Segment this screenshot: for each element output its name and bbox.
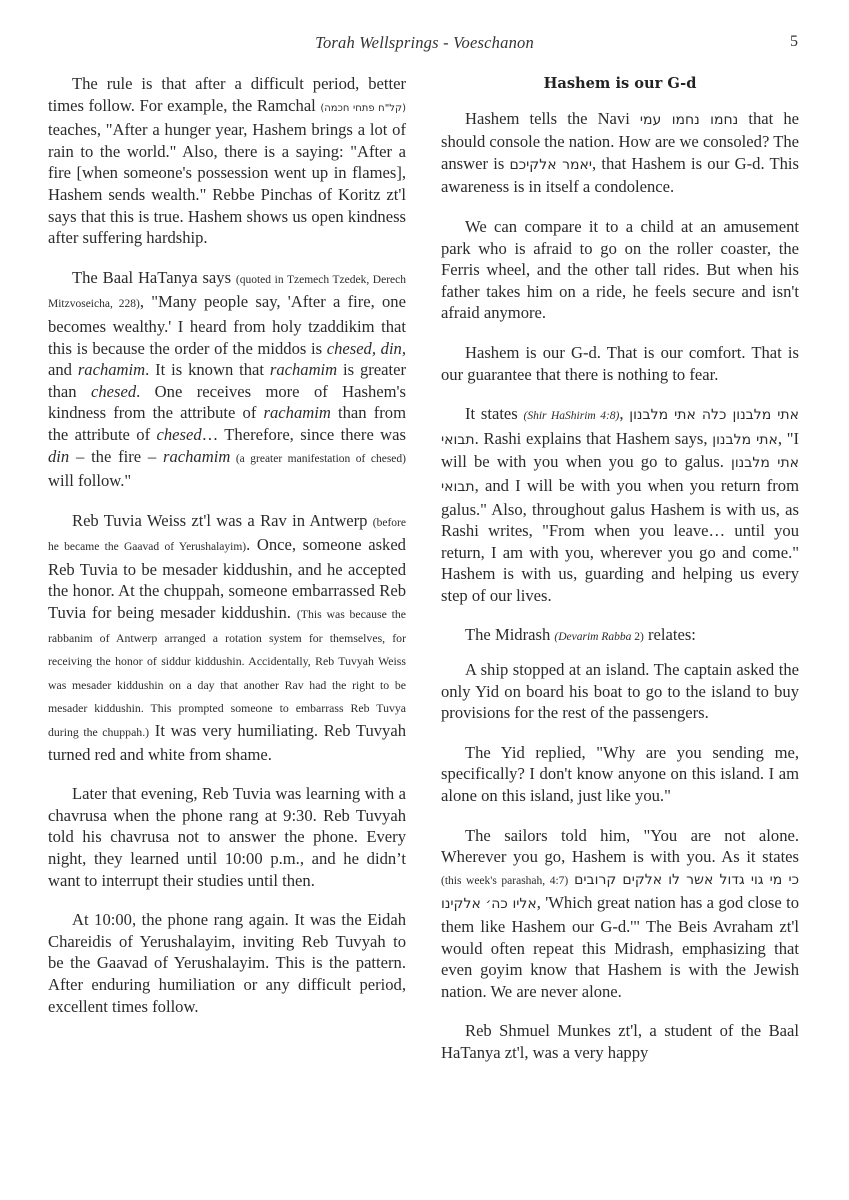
text: The sailors told him, "You are not alone… <box>441 826 799 867</box>
text: will follow." <box>48 471 131 490</box>
hebrew-quote: נחמו נחמו עמי <box>640 112 738 128</box>
paragraph-reb-tuvia-weiss: Reb Tuvia Weiss zt'l was a Rav in Antwer… <box>48 510 406 766</box>
text: and <box>48 360 78 379</box>
hebrew-quote: יאמר אלקיכם <box>509 157 592 173</box>
source-citation: (Devarim Rabba <box>554 631 631 643</box>
paragraph-baal-hatanya: The Baal HaTanya says (quoted in Tzemech… <box>48 267 406 492</box>
text: Reb Tuvia Weiss zt'l was a Rav in Antwer… <box>72 511 373 530</box>
text: . It is known that <box>145 360 270 379</box>
text: , <box>619 404 629 423</box>
paragraph-rule-after-difficulty: The rule is that after a difficult perio… <box>48 73 406 249</box>
source-citation: (this week's parashah, 4:7) <box>441 875 568 887</box>
parenthetical-note: (a greater manifestation of chesed) <box>230 453 406 465</box>
running-title: Torah Wellsprings - Voeschanon <box>0 33 849 53</box>
italic-term: din <box>48 447 69 466</box>
paragraph-ship-island: A ship stopped at an island. The captain… <box>441 659 799 724</box>
paragraph-midrash-intro: The Midrash (Devarim Rabba 2) relates: <box>441 624 799 649</box>
page-number: 5 <box>790 33 798 51</box>
text: , and I will be with you when you return… <box>441 476 799 605</box>
running-head: Torah Wellsprings - Voeschanon 5 <box>0 33 849 57</box>
source-citation: 2) <box>631 631 643 643</box>
section-heading: Hashem is our G-d <box>441 73 799 95</box>
text: teaches, "After a hunger year, Hashem br… <box>48 120 406 247</box>
italic-term: chesed <box>156 425 201 444</box>
text: It states <box>465 404 524 423</box>
italic-term: rachamim <box>270 360 337 379</box>
right-column: Hashem is our G-d Hashem tells the Navi … <box>441 73 799 1082</box>
italic-term: rachamim <box>78 360 145 379</box>
paragraph-reb-shmuel-munkes: Reb Shmuel Munkes zt'l, a student of the… <box>441 1020 799 1063</box>
paragraph-sailors-told: The sailors told him, "You are not alone… <box>441 825 799 1003</box>
left-column: The rule is that after a difficult perio… <box>48 73 406 1035</box>
italic-term: chesed <box>91 382 136 401</box>
text: relates: <box>644 625 696 644</box>
italic-term: chesed, din, <box>327 339 406 358</box>
paragraph-shir-hashirim: It states (Shir HaShirim 4:8), אתי מלבנו… <box>441 403 799 606</box>
italic-term: rachamim <box>264 403 331 422</box>
paragraph-our-comfort: Hashem is our G-d. That is our comfort. … <box>441 342 799 385</box>
parenthetical-note: (This was because the rabbanim of Antwer… <box>48 607 406 739</box>
text: . Rashi explains that Hashem says, <box>475 429 713 448</box>
text: … Therefore, since there was <box>202 425 406 444</box>
paragraph-phone-rang-again: At 10:00, the phone rang again. It was t… <box>48 909 406 1017</box>
text: The Midrash <box>465 625 554 644</box>
source-citation: (Shir HaShirim 4:8) <box>524 410 620 422</box>
paragraph-nachamu: Hashem tells the Navi נחמו נחמו עמי that… <box>441 108 799 198</box>
hebrew-source-ref: (קל"ח פתחי חכמה) <box>320 103 406 114</box>
text: The Baal HaTanya says <box>72 268 236 287</box>
text: Hashem tells the Navi <box>465 109 640 128</box>
hebrew-quote: אתי מלבנון <box>712 432 778 448</box>
text: – the fire – <box>69 447 163 466</box>
paragraph-amusement-park: We can compare it to a child at an amuse… <box>441 216 799 324</box>
paragraph-later-that-evening: Later that evening, Reb Tuvia was learni… <box>48 783 406 891</box>
italic-term: rachamim <box>163 447 230 466</box>
paragraph-yid-replied: The Yid replied, "Why are you sending me… <box>441 742 799 807</box>
